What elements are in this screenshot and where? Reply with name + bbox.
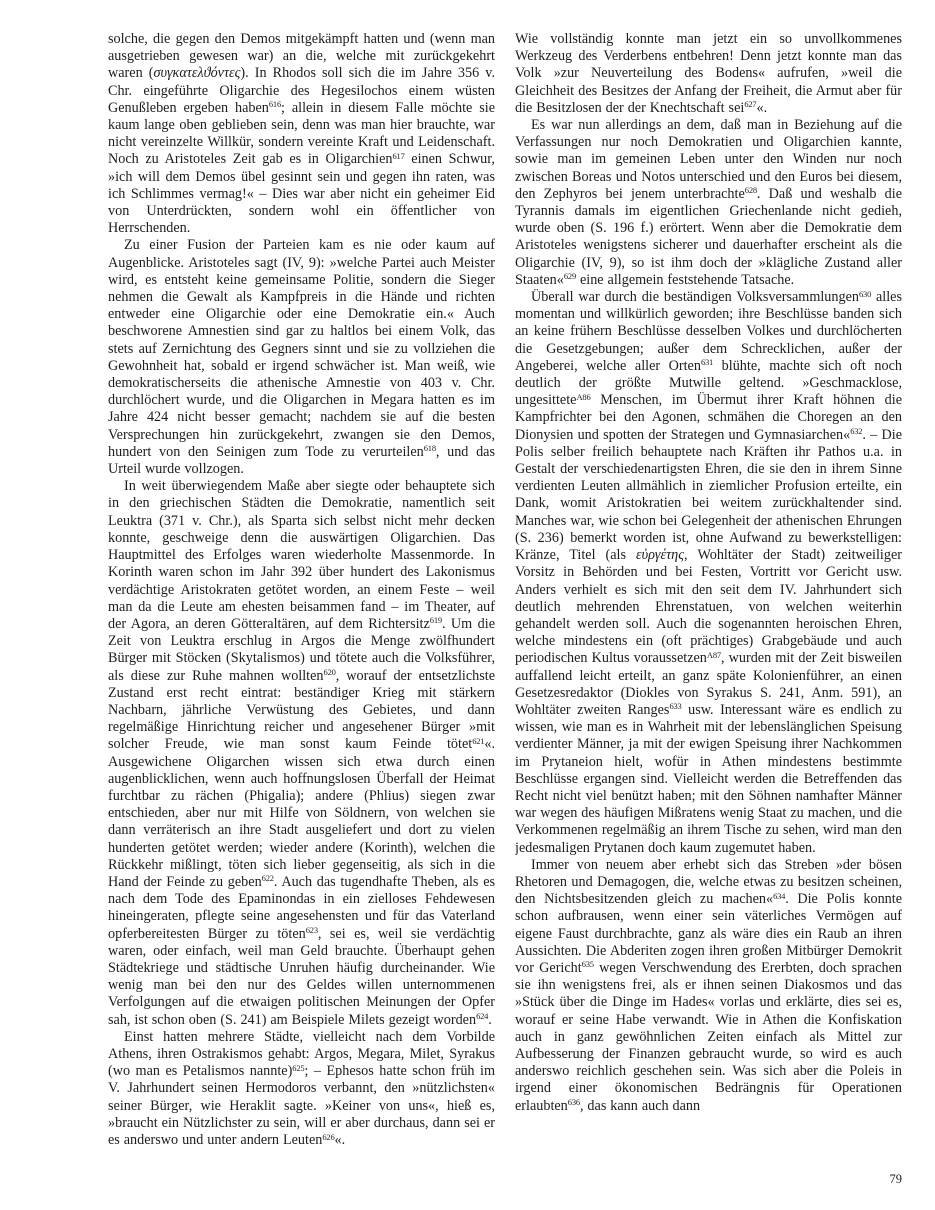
paragraph: In weit überwiegendem Maße aber siegte o…	[108, 478, 495, 1029]
footnote-ref: 626	[322, 1132, 334, 1142]
footnote-ref: 621	[472, 736, 484, 746]
footnote-ref: 622	[262, 873, 274, 883]
greek-term: συγκατελϑόντες	[153, 65, 240, 81]
footnote-ref: 636	[568, 1097, 580, 1107]
footnote-ref: A86	[576, 392, 590, 402]
paragraph: solche, die gegen den Demos mitgekämpft …	[108, 31, 495, 237]
footnote-ref: 625	[292, 1063, 304, 1073]
paragraph: Überall war durch die beständigen Volksv…	[515, 289, 902, 857]
paragraph: Wie vollständig konnte man jetzt ein so …	[515, 31, 902, 117]
footnote-ref: 627	[744, 99, 756, 109]
footnote-ref: A87	[707, 650, 721, 660]
footnote-ref: 630	[859, 289, 871, 299]
page-number: 79	[108, 1172, 902, 1187]
book-page: solche, die gegen den Demos mitgekämpft …	[0, 0, 935, 1210]
footnote-ref: 628	[745, 185, 757, 195]
paragraph: Zu einer Fusion der Parteien kam es nie …	[108, 237, 495, 478]
footnote-ref: 634	[773, 891, 785, 901]
footnote-ref: 616	[269, 99, 281, 109]
paragraph: Es war nun allerdings an dem, daß man in…	[515, 117, 902, 289]
footnote-ref: 635	[582, 959, 594, 969]
text-columns: solche, die gegen den Demos mitgekämpft …	[108, 31, 902, 1169]
footnote-ref: 618	[424, 443, 436, 453]
paragraph: Einst hatten mehrere Städte, vielleicht …	[108, 1029, 495, 1149]
footnote-ref: 617	[392, 151, 404, 161]
footnote-ref: 619	[430, 615, 442, 625]
footnote-ref: 632	[850, 426, 862, 436]
paragraph: Immer von neuem aber erhebt sich das Str…	[515, 857, 902, 1115]
footnote-ref: 623	[306, 925, 318, 935]
footnote-ref: 631	[701, 357, 713, 367]
footnote-ref: 633	[669, 701, 681, 711]
right-column: Wie vollständig konnte man jetzt ein so …	[515, 31, 902, 1169]
greek-term: εὐργέτης	[636, 547, 684, 563]
footnote-ref: 624	[476, 1011, 488, 1021]
left-column: solche, die gegen den Demos mitgekämpft …	[108, 31, 495, 1169]
footnote-ref: 620	[324, 667, 336, 677]
footnote-ref: 629	[564, 271, 576, 281]
